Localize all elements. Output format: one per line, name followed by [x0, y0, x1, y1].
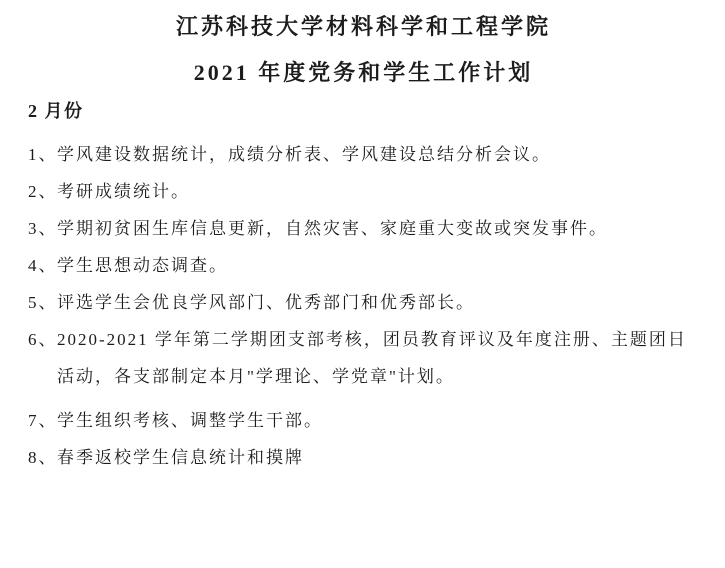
list-item-text: 学期初贫困生库信息更新，自然灾害、家庭重大变故或突发事件。 [57, 210, 699, 247]
list-item-text: 学风建设数据统计，成绩分析表、学风建设总结分析会议。 [57, 136, 699, 173]
list-item-text: 评选学生会优良学风部门、优秀部门和优秀部长。 [57, 284, 699, 321]
list-item-number: 4、 [28, 247, 57, 284]
list-item-number: 5、 [28, 284, 57, 321]
document-page: 江苏科技大学材料科学和工程学院 2021 年度党务和学生工作计划 2 月份 1、… [0, 0, 725, 568]
list-item-text: 春季返校学生信息统计和摸牌 [57, 439, 699, 476]
list-item-number: 3、 [28, 210, 57, 247]
list-item-number: 1、 [28, 136, 57, 173]
list-item-number: 7、 [28, 402, 57, 439]
work-plan-list: 1、 学风建设数据统计，成绩分析表、学风建设总结分析会议。 2、 考研成绩统计。… [28, 136, 699, 476]
section-heading-february: 2 月份 [28, 98, 699, 124]
list-item: 4、 学生思想动态调查。 [28, 247, 699, 284]
document-subtitle: 2021 年度党务和学生工作计划 [28, 58, 699, 88]
document-title: 江苏科技大学材料科学和工程学院 [28, 12, 699, 42]
list-item: 8、 春季返校学生信息统计和摸牌 [28, 439, 699, 476]
list-item-text: 学生思想动态调查。 [57, 247, 699, 284]
list-item-number: 2、 [28, 173, 57, 210]
list-item: 6、 2020-2021 学年第二学期团支部考核，团员教育评议及年度注册、主题团… [28, 321, 699, 395]
list-item-number: 6、 [28, 321, 57, 395]
list-item: 7、 学生组织考核、调整学生干部。 [28, 402, 699, 439]
list-item-number: 8、 [28, 439, 57, 476]
list-item-text: 考研成绩统计。 [57, 173, 699, 210]
list-item-text: 2020-2021 学年第二学期团支部考核，团员教育评议及年度注册、主题团日活动… [57, 321, 699, 395]
list-item: 2、 考研成绩统计。 [28, 173, 699, 210]
list-item: 3、 学期初贫困生库信息更新，自然灾害、家庭重大变故或突发事件。 [28, 210, 699, 247]
list-item-text: 学生组织考核、调整学生干部。 [57, 402, 699, 439]
list-item: 1、 学风建设数据统计，成绩分析表、学风建设总结分析会议。 [28, 136, 699, 173]
list-item: 5、 评选学生会优良学风部门、优秀部门和优秀部长。 [28, 284, 699, 321]
